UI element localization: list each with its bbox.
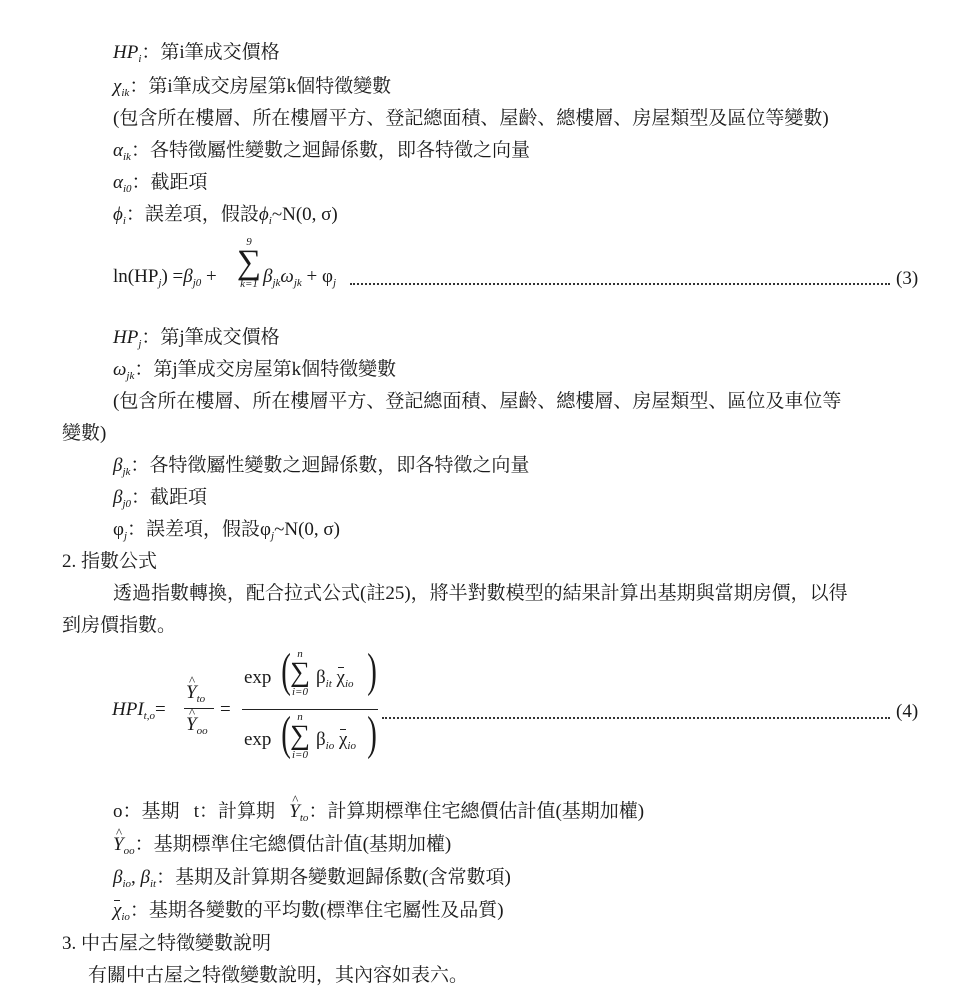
section-3-paragraph: 有關中古屋之特徵變數說明，其內容如表六。 xyxy=(88,964,468,988)
eq4-den-summation: n ∑ i=0 xyxy=(288,711,312,761)
eq4-num-exp: exp xyxy=(244,666,271,690)
def-text: ：截距項 xyxy=(132,172,208,193)
def-hp-i: HPi：第i筆成交價格 xyxy=(113,41,280,71)
symbol-hp: HP xyxy=(113,42,138,63)
eq4-den-term: βio χio xyxy=(316,728,356,758)
eq4-fraction-bar-2 xyxy=(242,709,378,710)
sigma-symbol: ∑ xyxy=(236,248,262,278)
def-variables-note-i: (包含所在樓層、所在樓層平方、登記總面積、屋齡、總樓層、房屋類型及區位等變數) xyxy=(113,107,829,131)
eq4-lhs: HPIt,o= xyxy=(112,698,166,728)
def-beta-io-it: βio, βit：基期及計算期各變數迴歸係數(含常數項) xyxy=(113,866,511,896)
def-phi-i: ϕi：誤差項，假設ϕi~N(0, σ) xyxy=(113,203,338,233)
def-chi-ik: χik：第i筆成交房屋第k個特徵變數 xyxy=(113,75,391,105)
def-chi-io: χio：基期各變數的平均數(標準住宅屬性及品質) xyxy=(113,899,504,929)
eq3-leader-dots xyxy=(350,281,890,285)
eq4-equals-2: = xyxy=(220,698,231,722)
def-variables-note-j-cont: 變數) xyxy=(62,422,106,446)
equation-number-4: (4) xyxy=(896,700,918,724)
eq4-y-denominator: Yoo xyxy=(186,713,208,743)
def-alpha-ik: αik：各特徵屬性變數之迴歸係數，即各特徵之向量 xyxy=(113,139,530,169)
eq3-lhs: ln(HPj) =βj0 + xyxy=(113,265,217,295)
eq4-num-right-paren: ) xyxy=(367,647,377,695)
equation-number-3: (3) xyxy=(896,267,918,291)
section-2-heading: 2. 指數公式 xyxy=(62,550,157,574)
def-alpha-i0: αi0：截距項 xyxy=(113,171,208,201)
eq4-leader-dots xyxy=(382,715,890,719)
def-beta-jk: βjk：各特徵屬性變數之迴歸係數，即各特徵之向量 xyxy=(113,454,529,484)
section-2-paragraph-line1: 透過指數轉換，配合拉式公式(註25)，將半對數模型的結果計算出基期與當期房價，以… xyxy=(113,582,848,606)
eq4-num-summation: n ∑ i=0 xyxy=(288,648,312,698)
def-text: ：各特徵屬性變數之迴歸係數，即各特徵之向量 xyxy=(131,140,530,161)
def-base-calc-period: o：基期 t：計算期 Yto：計算期標準住宅總價估計值(基期加權) xyxy=(113,800,644,830)
eq4-den-exp: exp xyxy=(244,728,271,752)
eq4-num-term: βit χio xyxy=(316,666,354,696)
def-hp-j: HPj：第j筆成交價格 xyxy=(113,326,280,356)
def-beta-j0: βj0：截距項 xyxy=(113,486,207,516)
section-2-paragraph-line2: 到房價指數。 xyxy=(62,614,176,638)
eq3-summation: 9 ∑ k=1 xyxy=(236,236,262,290)
def-phi-j: φj：誤差項，假設φj~N(0, σ) xyxy=(113,518,340,548)
eq3-rhs-terms: βjkωjk + φj xyxy=(263,265,336,295)
def-text: ：第i筆成交房屋第k個特徵變數 xyxy=(129,76,391,97)
eq4-den-right-paren: ) xyxy=(367,710,377,758)
section-3-heading: 3. 中古屋之特徵變數說明 xyxy=(62,932,271,956)
def-y-oo: Yoo：基期標準住宅總價估計值(基期加權) xyxy=(113,833,451,863)
def-variables-note-j: (包含所在樓層、所在樓層平方、登記總面積、屋齡、總樓層、房屋類型、區位及車位等 xyxy=(113,390,841,414)
def-omega-jk: ωjk：第j筆成交房屋第k個特徵變數 xyxy=(113,358,396,388)
def-text: ：第i筆成交價格 xyxy=(141,42,279,63)
